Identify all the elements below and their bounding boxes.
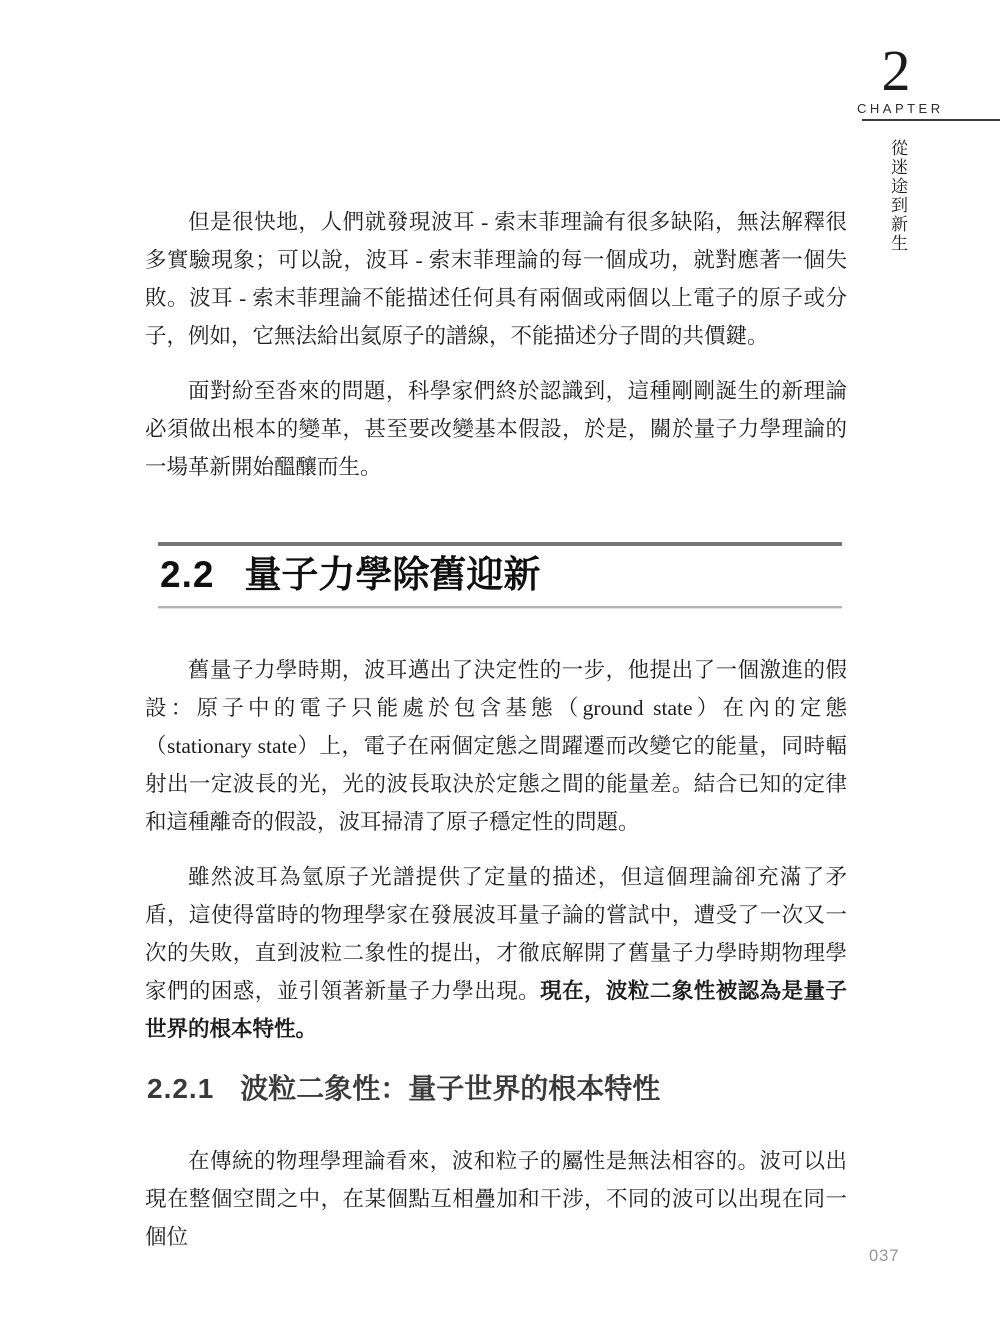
chapter-title-vertical: 從迷途到新生	[885, 139, 910, 253]
subsection-number: 2.2.1	[147, 1072, 214, 1106]
chapter-number: 2	[868, 42, 924, 100]
paragraph-2: 面對紛至沓來的問題，科學家們終於認識到，這種剛剛誕生的新理論必須做出根本的變革，…	[145, 372, 847, 486]
chapter-rule-divider	[862, 119, 1000, 121]
subsection-heading: 2.2.1波粒二象性：量子世界的根本特性	[147, 1072, 847, 1106]
main-text-column: 但是很快地，人們就發現波耳 - 索末菲理論有很多缺陷，無法解釋很多實驗現象；可以…	[145, 203, 847, 1273]
paragraph-3: 舊量子力學時期，波耳邁出了決定性的一步，他提出了一個激進的假設：原子中的電子只能…	[145, 651, 847, 841]
section-title: 量子力學除舊迎新	[244, 554, 540, 595]
section-heading: 2.2量子力學除舊迎新	[158, 542, 842, 609]
chapter-label: CHAPTER	[857, 101, 944, 116]
paragraph-4: 雖然波耳為氫原子光譜提供了定量的描述，但這個理論卻充滿了矛盾，這使得當時的物理學…	[145, 858, 847, 1048]
section-heading-row: 2.2量子力學除舊迎新	[158, 546, 842, 606]
paragraph-1: 但是很快地，人們就發現波耳 - 索末菲理論有很多缺陷，無法解釋很多實驗現象；可以…	[145, 203, 847, 355]
section-number: 2.2	[160, 553, 214, 597]
paragraph-5: 在傳統的物理學理論看來，波和粒子的屬性是無法相容的。波可以出現在整個空間之中，在…	[145, 1142, 847, 1256]
subsection-title: 波粒二象性：量子世界的根本特性	[240, 1073, 660, 1104]
page-number: 037	[869, 1247, 900, 1266]
section-rule-bottom	[158, 606, 842, 609]
book-page: 2 CHAPTER 從迷途到新生 但是很快地，人們就發現波耳 - 索末菲理論有很…	[0, 0, 1000, 1341]
